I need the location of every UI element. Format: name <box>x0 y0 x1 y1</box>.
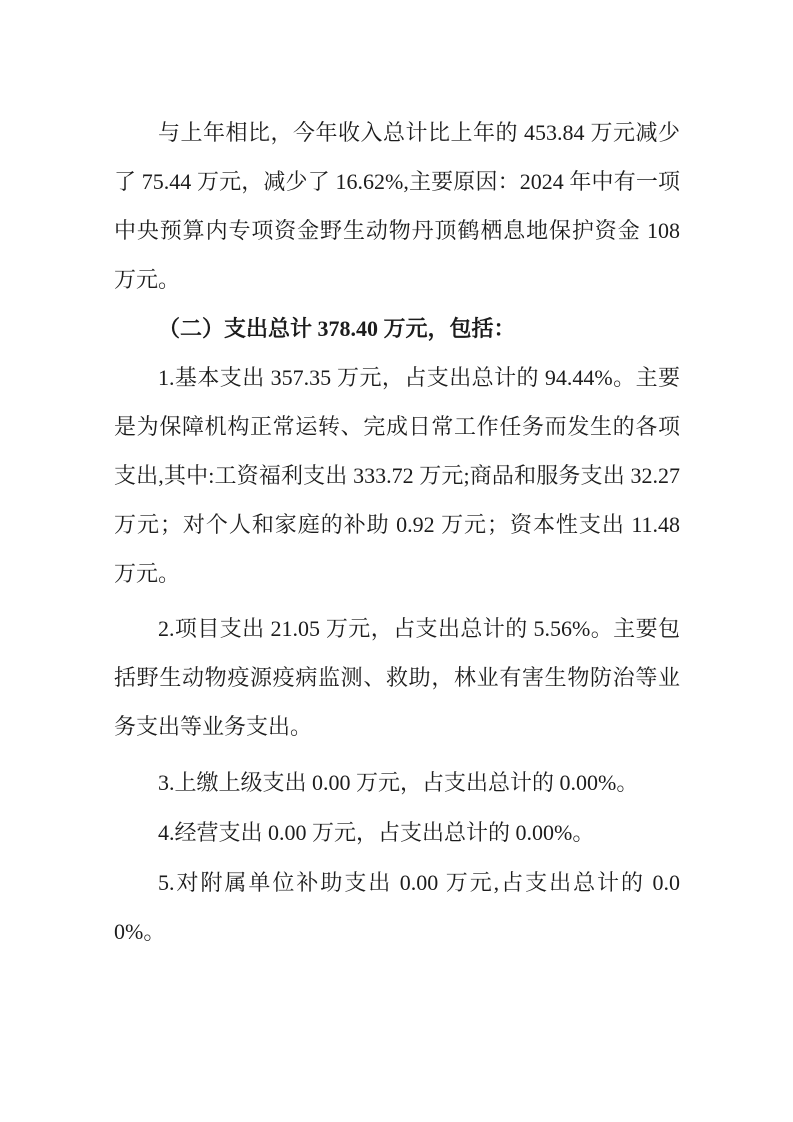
paragraph-upper-level-expenditure: 3.上缴上级支出 0.00 万元，占支出总计的 0.00%。 <box>114 758 680 807</box>
heading-expenditure-total: （二）支出总计 378.40 万元，包括： <box>114 304 680 353</box>
document-content: 与上年相比，今年收入总计比上年的 453.84 万元减少了 75.44 万元，减… <box>114 108 680 956</box>
document-page: 与上年相比，今年收入总计比上年的 453.84 万元减少了 75.44 万元，减… <box>0 0 793 1122</box>
paragraph-basic-expenditure: 1.基本支出 357.35 万元，占支出总计的 94.44%。主要是为保障机构正… <box>114 353 680 598</box>
paragraph-project-expenditure: 2.项目支出 21.05 万元，占支出总计的 5.56%。主要包括野生动物疫源疫… <box>114 604 680 751</box>
paragraph-income-comparison: 与上年相比，今年收入总计比上年的 453.84 万元减少了 75.44 万元，减… <box>114 108 680 304</box>
paragraph-operating-expenditure: 4.经营支出 0.00 万元，占支出总计的 0.00%。 <box>114 808 680 857</box>
paragraph-affiliated-unit-subsidy-expenditure: 5.对附属单位补助支出 0.00 万元,占支出总计的 0.00%。 <box>114 858 680 956</box>
